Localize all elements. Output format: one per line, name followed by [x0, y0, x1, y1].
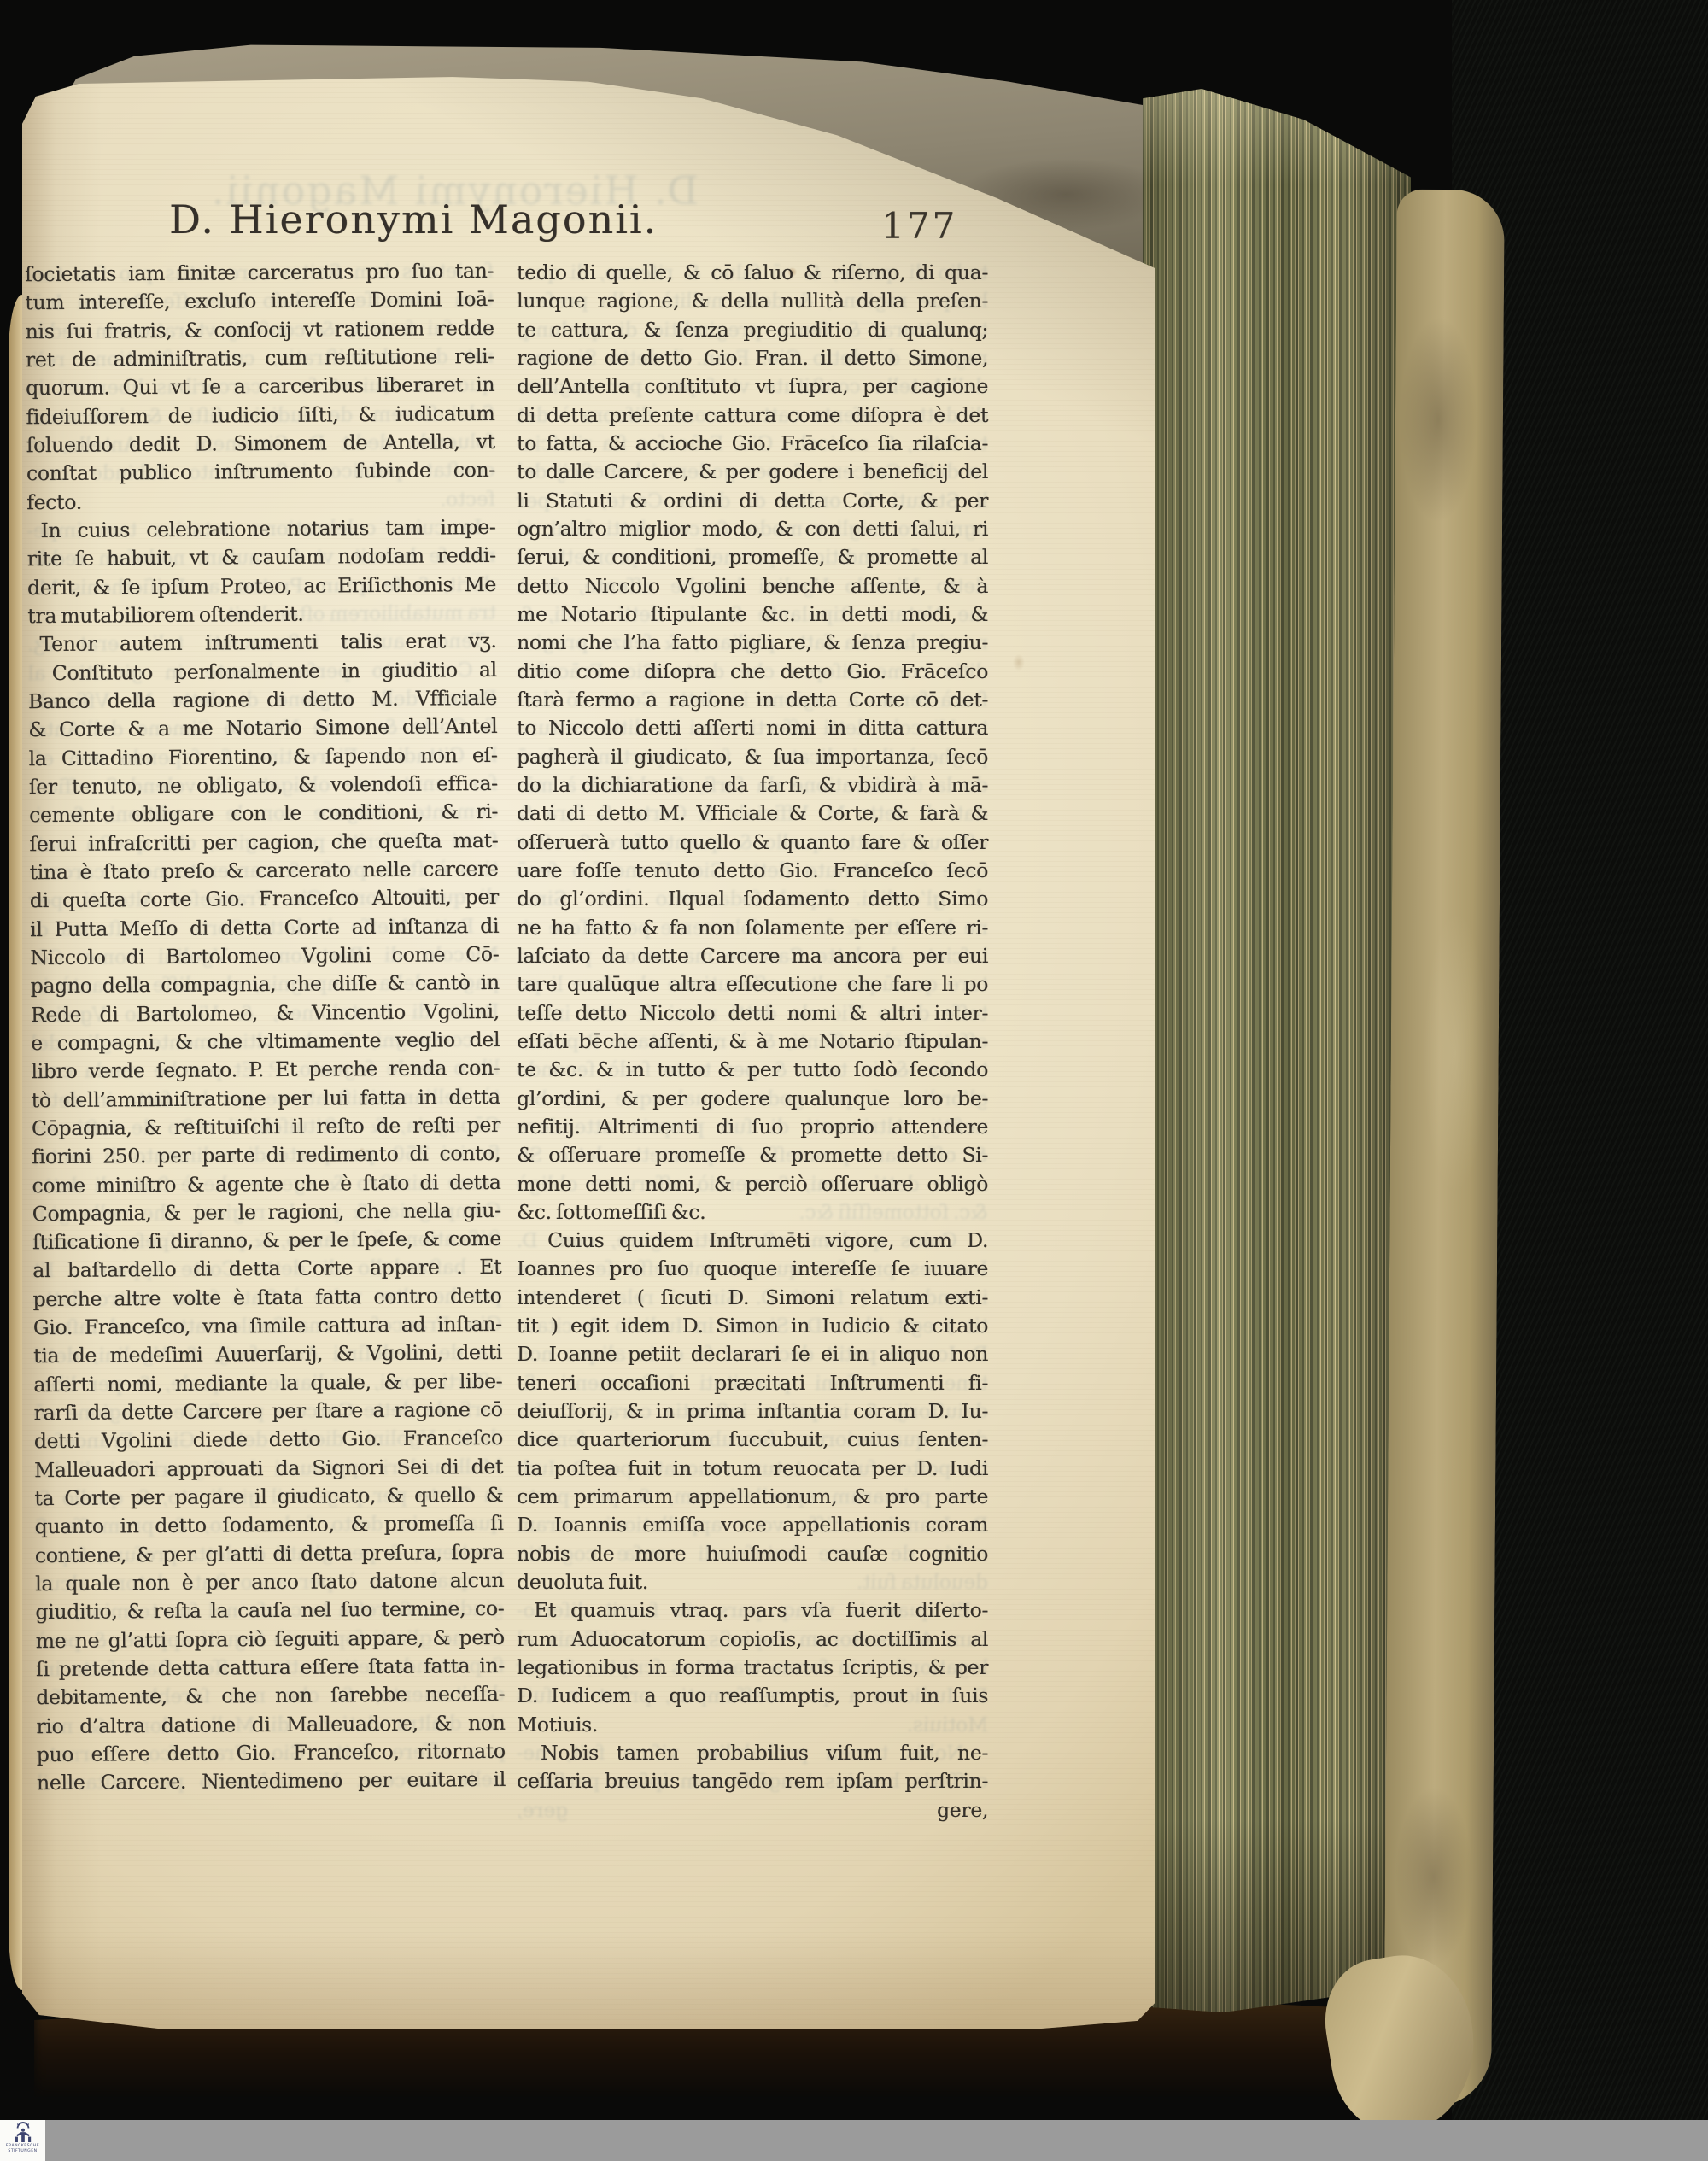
text-line: cem primarum appellationum, & pro parte — [517, 1483, 988, 1511]
text-line: tia de medeſimi Auuerſarij, & Vgolini, d… — [33, 1338, 502, 1371]
text-line: Et quamuis vtraq. pars vſa fuerit diſert… — [517, 1596, 988, 1625]
text-line: e compagni, & che vltimamente veglio del — [31, 1026, 500, 1058]
text-line: ſi pretende detta cattura eſſere ſtata f… — [36, 1652, 505, 1684]
text-line: nis ſui fratris, & conſocij vt rationem … — [25, 314, 494, 347]
text-line: gl’ordini, & per godere qualunque loro b… — [517, 1085, 988, 1113]
scanner-strip — [0, 2120, 1708, 2161]
text-line: Nobis tamen probabilius viſum fuit, ne- — [517, 1739, 988, 1767]
franckesche-stiftungen-logo-icon — [14, 2122, 32, 2144]
book-fore-edge-pages — [1143, 89, 1411, 2012]
text-line: do la dichiaratione da farſi, & vbidirà … — [517, 771, 988, 799]
text-line: di queſta corte Gio. Franceſco Altouiti,… — [30, 883, 499, 916]
text-line: ta Corte per pagare il giudicato, & quel… — [34, 1481, 503, 1514]
text-line: fideiuſſorem de iudicio ſiſti, & iudicat… — [26, 400, 494, 432]
text-line: quorum. Qui vt ſe a carceribus liberaret… — [26, 371, 494, 403]
text-line: dati di detto M. Vfficiale & Corte, & fa… — [517, 799, 988, 828]
text-line: ceſſaria breuius tangēdo rem ipſam perſt… — [517, 1767, 988, 1795]
running-header: D. Hieronymi Magonii. — [169, 196, 699, 243]
text-line: laſciato da dette Carcere ma ancora per … — [517, 942, 988, 970]
text-line: me ne gl’atti ſopra ciò ſeguiti appare, … — [36, 1624, 505, 1656]
text-line: nelle Carcere. Nientedimeno per euitare … — [37, 1766, 506, 1798]
text-line: to fatta, & accioche Gio. Frāceſco ſia r… — [517, 430, 988, 458]
text-line: Cōpagnia, & reſtituiſchi il reſto de reſ… — [32, 1111, 500, 1144]
text-line: Gio. Franceſco, vna ſimile cattura ad in… — [33, 1310, 502, 1343]
text-line: te cattura, & ſenza pregiuditio di qualu… — [517, 316, 988, 344]
text-line: ditio come diſopra che detto Gio. Frāceſ… — [517, 658, 988, 686]
text-line: ſerui infraſcritti per cagion, che queſt… — [29, 826, 498, 858]
text-line: nobis de more huiuſmodi cauſæ cognitio — [517, 1540, 988, 1568]
text-line: teſſe detto Niccolo detti nomi & altri i… — [517, 999, 988, 1028]
text-line: cemente obligare con le conditioni, & ri… — [29, 798, 498, 830]
text-line: tò dell’amminiſtratione per lui fatta in… — [32, 1082, 500, 1115]
text-line: legationibus in forma tractatus ſcriptis… — [517, 1654, 988, 1682]
text-line: dice quarteriorum ſuccubuit, cuius ſente… — [517, 1426, 988, 1454]
catchword: gere, — [517, 1796, 988, 1824]
text-line: tina è ſtato preſo & carcerato nelle car… — [29, 855, 498, 887]
watermark-org-line2: STIFTUNGEN — [8, 2149, 37, 2154]
text-line: ſtificatione ſi diranno, & per le ſpeſe,… — [32, 1225, 501, 1257]
text-line: uare foſſe tenuto detto Gio. Franceſco ſ… — [517, 857, 988, 885]
text-line: tra mutabiliorem oſtenderit. — [27, 599, 496, 631]
text-line: perche altre volte è ſtata fatta contro … — [32, 1282, 501, 1315]
text-line: libro verde ſegnato. P. Et perche renda … — [31, 1054, 500, 1086]
text-line: eſſati bēche aſſenti, & à me Notario ſti… — [517, 1028, 988, 1056]
text-line: In cuius celebratione notarius tam impe- — [26, 513, 495, 546]
text-line: te &c. & in tutto & per tutto ſodò ſecon… — [517, 1056, 988, 1084]
text-line: detti Vgolini diede detto Gio. Franceſco — [34, 1424, 503, 1456]
text-line: Conſtituto perſonalmente in giuditio al — [28, 655, 497, 688]
text-line: & oſſeruare promeſſe & promette detto Si… — [517, 1141, 988, 1169]
text-line: debitamente, & che non ſarebbe neceſſa- — [36, 1680, 505, 1713]
text-line: tit ) egit idem D. Simon in Iudicio & ci… — [517, 1312, 988, 1340]
text-line: D. Ioannis emiſſa voce appellationis cor… — [517, 1511, 988, 1539]
text-line: ogn’altro miglior modo, & con detti ſalu… — [517, 515, 988, 543]
text-line: quanto in detto ſodamento, & promeſſa ſi — [34, 1509, 503, 1542]
watermark-box: FRANCKESCHE STIFTUNGEN — [0, 2120, 45, 2161]
text-line: ſoluendo dedit D. Simonem de Antella, vt — [26, 428, 495, 460]
text-line: ne ha fatto & fa non ſolamente per eſſer… — [517, 914, 988, 942]
text-line: fiorini 250. per parte di redimento di c… — [32, 1139, 500, 1172]
text-line: nefitij. Altrimenti di ſuo proprio atten… — [517, 1113, 988, 1141]
text-line: ret de adminiſtratis, cum reſtitutione r… — [26, 343, 494, 375]
text-line: nomi che l’ha fatto pigliare, & ſenza pr… — [517, 629, 988, 657]
vellum-cover-edge — [1383, 190, 1505, 2108]
text-line: me Notario ſtipulante &c. in detti modi,… — [517, 600, 988, 629]
text-line: Cuius quidem Inſtrumēti vigore, cum D. — [517, 1227, 988, 1255]
text-line: Tenor autem inſtrumenti talis erat vʒ. — [27, 627, 496, 659]
text-line: detto Niccolo Vgolini benche aſſente, & … — [517, 572, 988, 600]
text-line: oſſeruerà tutto quello & quanto fare & o… — [517, 829, 988, 857]
text-line: deiuſſorij, & in prima inſtantia coram D… — [517, 1397, 988, 1426]
text-line: giuditio, & reſta la cauſa nel ſuo termi… — [35, 1595, 504, 1627]
text-line: Malleuadori approuati da Signori Sei di … — [34, 1453, 503, 1485]
text-line: la Cittadino Fiorentino, & ſapendo non e… — [28, 741, 497, 773]
text-line: to Niccolo detti aſſerti nomi in ditta c… — [517, 714, 988, 742]
text-line: mone detti nomi, & perciò oſſeruare obli… — [517, 1170, 988, 1198]
text-line: il Putta Meſſo di detta Corte ad inſtanz… — [30, 911, 499, 944]
text-line: come miniſtro & agente che è ſtato di de… — [32, 1168, 500, 1200]
text-line: Compagnia, & per le ragioni, che nella g… — [32, 1197, 501, 1229]
text-line: conſtat publico inſtrumento ſubinde con- — [26, 456, 495, 489]
text-line: rio d’altra datione di Malleuadore, & no… — [36, 1709, 505, 1742]
text-line: intenderet ( ſicuti D. Simoni relatum ex… — [517, 1284, 988, 1312]
text-line: tare qualūque altra eſſecutione che fare… — [517, 970, 988, 999]
page-number: 177 — [881, 205, 957, 247]
text-line: contiene, & per gl’atti di detta preſura… — [35, 1538, 504, 1571]
text-line: rum Aduocatorum copioſis, ac doctiſſimis… — [517, 1625, 988, 1654]
text-line: li Statuti & ordini di detta Corte, & pe… — [517, 487, 988, 515]
text-line: rarſi da dette Carcere per ſtare a ragio… — [33, 1396, 502, 1428]
text-line: Rede di Bartolomeo, & Vincentio Vgolini, — [31, 997, 500, 1029]
text-line: teneri occaſioni præcitati Inſtrumenti f… — [517, 1369, 988, 1397]
text-line: puo eſſere detto Gio. Franceſco, ritorna… — [37, 1737, 506, 1770]
text-line: D. Iudicem a quo reaſſumptis, prout in ſ… — [517, 1682, 988, 1710]
text-line: rite ſe habuit, vt & cauſam nodoſam redd… — [27, 542, 496, 574]
text-line: ſer tenuto, ne obligato, & volendoſi eff… — [29, 770, 498, 802]
text-line: lunque ragione, & della nullità della pr… — [517, 287, 988, 315]
text-line: pagherà il giudicato, & ſua importanza, … — [517, 743, 988, 771]
text-line: &c. ſottomeſſiſi &c. — [517, 1198, 988, 1227]
right-text-column: tedio di quelle, & cō ſaluo & riſerno, d… — [517, 259, 988, 1824]
text-line: derit, & ſe ipſum Proteo, ac Eriſicthoni… — [27, 570, 496, 602]
text-line: tum intereſſe, excluſo intereſſe Domini … — [25, 285, 494, 318]
text-line: to dalle Carcere, & per godere i benefic… — [517, 458, 988, 486]
text-line: deuoluta fuit. — [517, 1568, 988, 1596]
text-line: di detta preſente cattura come diſopra è… — [517, 401, 988, 430]
text-line: Niccolo di Bartolomeo Vgolini come Cō- — [30, 940, 499, 973]
text-line: tia poſtea fuit in totum reuocata per D.… — [517, 1455, 988, 1483]
text-line: dell’Antella conſtituto vt ſupra, per ca… — [517, 372, 988, 401]
text-line: la quale non è per anco ſtato datone alc… — [35, 1567, 504, 1599]
text-line: ſerui, & conditioni, promeſſe, & promett… — [517, 543, 988, 571]
text-line: Banco della ragione di detto M. Vfficial… — [28, 684, 497, 717]
text-line: fecto. — [26, 484, 495, 517]
text-line: Motiuis. — [517, 1711, 988, 1739]
text-line: do gl’ordini. Ilqual ſodamento detto Sim… — [517, 885, 988, 913]
text-line: ſocietatis iam finitæ carceratus pro ſuo… — [25, 257, 494, 290]
scanned-book-photo: D. Hieronymi Magonii. D. Hieronymi Magon… — [0, 0, 1708, 2161]
text-line: aſſerti nomi, mediante la quale, & per l… — [33, 1367, 502, 1400]
text-line: Ioannes pro ſuo quoque intereſſe ſe iuua… — [517, 1255, 988, 1283]
left-text-column: ſocietatis iam finitæ carceratus pro ſuo… — [25, 257, 506, 1798]
text-line: D. Ioanne petiit declarari ſe ei in aliq… — [517, 1340, 988, 1368]
text-line: ragione de detto Gio. Fran. il detto Sim… — [517, 344, 988, 372]
text-line: al baſtardello di detta Corte appare . E… — [32, 1253, 501, 1285]
text-line: ſtarà fermo a ragione in detta Corte cō … — [517, 686, 988, 714]
text-line: pagno della compagnia, che diſſe & cantò… — [30, 969, 499, 1001]
text-line: & Corte & a me Notario Simone dell’Antel — [28, 712, 497, 745]
text-line: tedio di quelle, & cō ſaluo & riſerno, d… — [517, 259, 988, 287]
